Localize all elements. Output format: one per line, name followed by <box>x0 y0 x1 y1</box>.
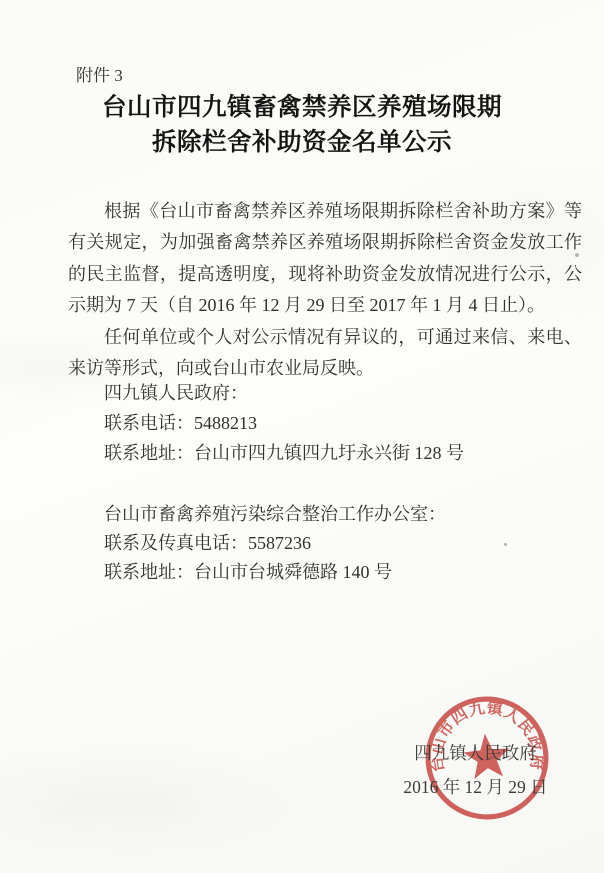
contact-heading: 四九镇人民政府： <box>104 378 464 408</box>
contact-phone: 联系电话：5488213 <box>104 408 464 438</box>
document-title-line1: 台山市四九镇畜禽禁养区养殖场限期 <box>0 90 604 125</box>
paragraph-objection: 任何单位或个人对公示情况有异议的，可通过来信、来电、来访等形式，向或台山市农业局… <box>68 322 582 385</box>
contact-phone-fax: 联系及传真电话：5587236 <box>104 529 446 558</box>
signature-block: 四九镇人民政府 2016 年 12 月 29 日 <box>388 736 563 804</box>
scan-artifact-speck <box>575 253 579 257</box>
signature-org: 四九镇人民政府 <box>388 736 563 770</box>
signature-date: 2016 年 12 月 29 日 <box>388 770 563 804</box>
contact-address: 联系地址：台山市四九镇四九圩永兴街 128 号 <box>104 438 464 468</box>
contact-block-city-office: 台山市畜禽养殖污染综合整治工作办公室： 联系及传真电话：5587236 联系地址… <box>104 500 446 587</box>
attachment-label: 附件 3 <box>76 61 123 86</box>
document-body: 根据《台山市畜禽禁养区养殖场限期拆除栏舍补助方案》等有关规定，为加强畜禽禁养区养… <box>68 196 582 384</box>
contact-block-town-government: 四九镇人民政府： 联系电话：5488213 联系地址：台山市四九镇四九圩永兴街 … <box>104 378 464 468</box>
paragraph-announcement: 根据《台山市畜禽禁养区养殖场限期拆除栏舍补助方案》等有关规定，为加强畜禽禁养区养… <box>68 196 582 322</box>
scanned-document-page: 附件 3 台山市四九镇畜禽禁养区养殖场限期 拆除栏舍补助资金名单公示 根据《台山… <box>0 0 604 873</box>
contact-heading: 台山市畜禽养殖污染综合整治工作办公室： <box>104 500 446 529</box>
document-title-line2: 拆除栏舍补助资金名单公示 <box>0 125 604 160</box>
document-title: 台山市四九镇畜禽禁养区养殖场限期 拆除栏舍补助资金名单公示 <box>0 90 604 160</box>
scan-artifact-speck <box>504 543 507 546</box>
contact-address: 联系地址：台山市台城舜德路 140 号 <box>104 558 446 587</box>
